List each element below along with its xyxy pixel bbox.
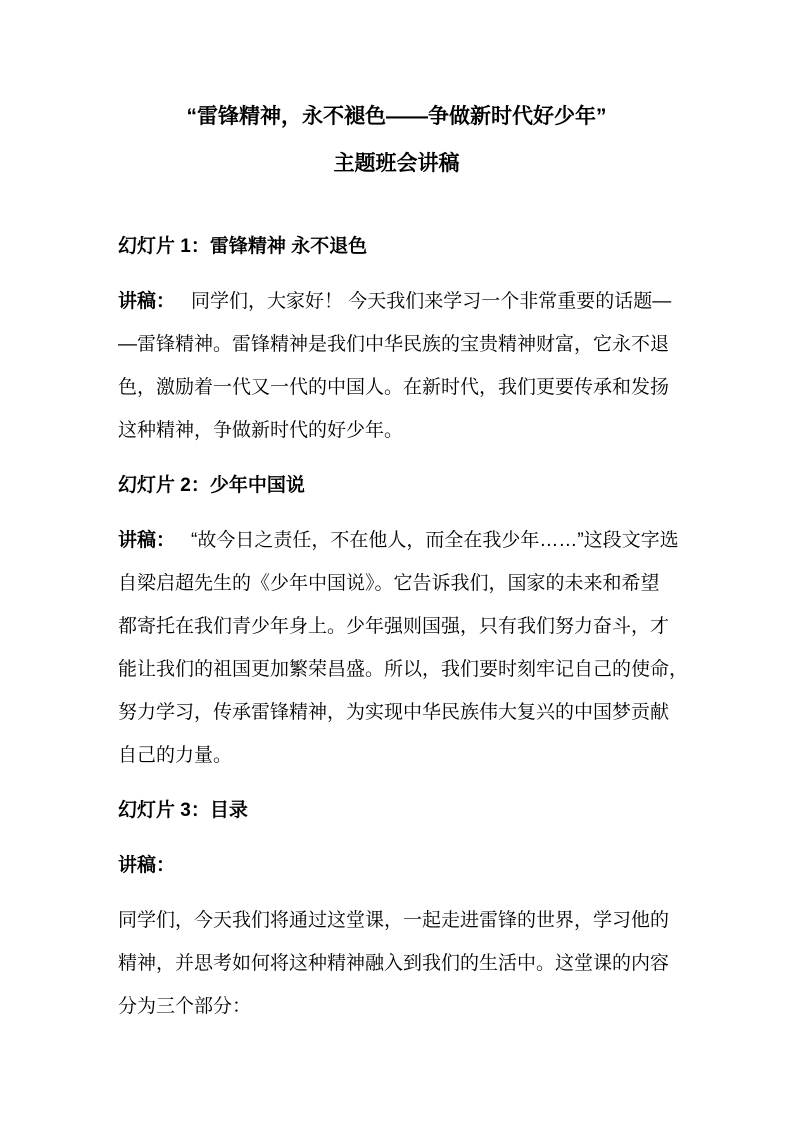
text-line: 讲稿：	[118, 844, 693, 887]
section-3-heading: 幻灯片 3：目录	[118, 789, 693, 832]
text-line: 分为三个部分：	[118, 985, 693, 1028]
document-page: “雷锋精神，永不褪色——争做新时代好少年” 主题班会讲稿 幻灯片 1：雷锋精神 …	[0, 0, 793, 1122]
text-line: 自己的力量。	[118, 734, 693, 777]
section-2-heading: 幻灯片 2：少年中国说	[118, 464, 693, 507]
section-1-paragraph: 讲稿：同学们，大家好！ 今天我们来学习一个非常重要的话题— —雷锋精神。雷锋精神…	[118, 280, 693, 452]
text-line: 精神，并思考如何将这种精神融入到我们的生活中。这堂课的内容	[118, 942, 693, 985]
text-line: —雷锋精神。雷锋精神是我们中华民族的宝贵精神财富，它永不退	[118, 323, 693, 366]
section-3-speech-label-line: 讲稿：	[118, 844, 693, 887]
speech-label: 讲稿：	[118, 291, 175, 312]
text-line: 这种精神，争做新时代的好少年。	[118, 409, 693, 452]
text-line: 讲稿：“故今日之责任，不在他人，而全在我少年……”这段文字选	[118, 519, 693, 562]
text-line: 能让我们的祖国更加繁荣昌盛。所以，我们要时刻牢记自己的使命，	[118, 648, 693, 691]
section-2-paragraph: 讲稿：“故今日之责任，不在他人，而全在我少年……”这段文字选 自梁启超先生的《少…	[118, 519, 693, 777]
text-line: 色，激励着一代又一代的中国人。在新时代，我们更要传承和发扬	[118, 366, 693, 409]
speech-label: 讲稿：	[118, 530, 175, 551]
title-line-2: 主题班会讲稿	[118, 140, 675, 187]
text-line-content: 同学们，大家好！ 今天我们来学习一个非常重要的话题—	[191, 291, 671, 312]
text-line: 努力学习，传承雷锋精神，为实现中华民族伟大复兴的中国梦贡献	[118, 691, 693, 734]
text-line: 都寄托在我们青少年身上。少年强则国强，只有我们努力奋斗，才	[118, 605, 693, 648]
document-title: “雷锋精神，永不褪色——争做新时代好少年” 主题班会讲稿	[118, 93, 675, 187]
section-3-paragraph: 同学们，今天我们将通过这堂课，一起走进雷锋的世界，学习他的 精神，并思考如何将这…	[118, 899, 693, 1028]
title-line-1: “雷锋精神，永不褪色——争做新时代好少年”	[118, 93, 675, 140]
text-line: 讲稿：同学们，大家好！ 今天我们来学习一个非常重要的话题—	[118, 280, 693, 323]
document-content: “雷锋精神，永不褪色——争做新时代好少年” 主题班会讲稿 幻灯片 1：雷锋精神 …	[0, 0, 793, 1028]
text-line: 自梁启超先生的《少年中国说》。它告诉我们，国家的未来和希望	[118, 562, 693, 605]
speech-label: 讲稿：	[118, 855, 175, 876]
text-line-content: “故今日之责任，不在他人，而全在我少年……”这段文字选	[191, 530, 679, 551]
text-line: 同学们，今天我们将通过这堂课，一起走进雷锋的世界，学习他的	[118, 899, 693, 942]
section-1-heading: 幻灯片 1：雷锋精神 永不退色	[118, 225, 693, 268]
